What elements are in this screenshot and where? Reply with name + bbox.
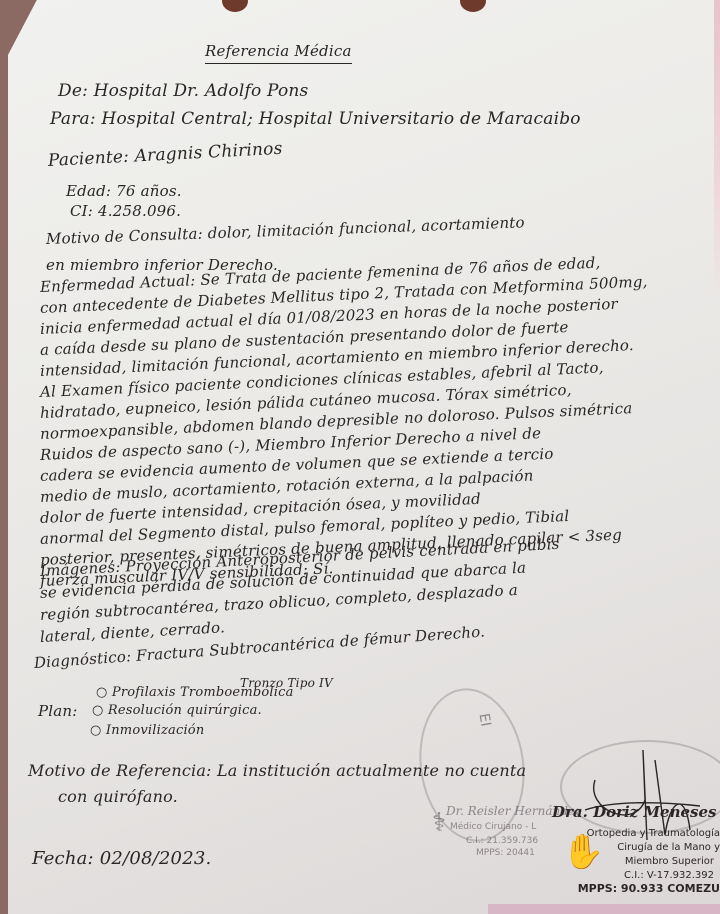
doctor1-title: Médico Cirujano - L xyxy=(450,822,536,832)
patient-label: Paciente: xyxy=(47,147,129,171)
caduceus-icon: ⚕ xyxy=(432,808,446,838)
to-value: Hospital Central; Hospital Universitario… xyxy=(101,109,580,129)
from-field: De: Hospital Dr. Adolfo Pons xyxy=(58,80,308,102)
background-fabric xyxy=(714,0,720,300)
id-value: 4.258.096. xyxy=(98,202,181,220)
doctor2-sub2: Miembro Superior xyxy=(625,856,714,867)
doctor1-mpps: MPPS: 20441 xyxy=(476,848,535,858)
date-field: Fecha: 02/08/2023. xyxy=(32,848,211,870)
referral-line1: La institución actualmente no cuenta xyxy=(217,761,526,780)
doctor1-ci: C.I.: 21.359.736 xyxy=(466,836,538,846)
to-label: Para: xyxy=(50,109,96,129)
plan-item-text: Profilaxis Tromboembólica xyxy=(112,685,294,700)
referral-line2: con quirófano. xyxy=(58,786,178,808)
date-label: Fecha: xyxy=(32,848,94,869)
referral-label: Motivo de Referencia: xyxy=(28,761,212,780)
age-value: 76 años. xyxy=(116,182,182,200)
age-field: Edad: 76 años. xyxy=(66,180,182,202)
plan-item: ○ Inmovilización xyxy=(90,720,204,742)
age-label: Edad: xyxy=(66,182,111,200)
id-field: CI: 4.258.096. xyxy=(70,200,181,222)
plan-item: ○ Resolución quirúrgica. xyxy=(92,700,262,722)
to-field: Para: Hospital Central; Hospital Univers… xyxy=(50,108,581,130)
doctor2-ci: C.I.: V-17.932.392 xyxy=(624,870,714,881)
plan-item-text: Inmovilización xyxy=(106,723,205,738)
date-value: 02/08/2023. xyxy=(100,848,212,869)
from-label: De: xyxy=(58,81,88,101)
doctor2-mpps: MPPS: 90.933 COMEZU xyxy=(578,882,720,895)
referral-reason: Motivo de Referencia: La institución act… xyxy=(28,760,526,782)
signature xyxy=(575,740,705,850)
id-label: CI: xyxy=(70,202,93,220)
from-value: Hospital Dr. Adolfo Pons xyxy=(94,81,309,101)
consult-label: Motivo de Consulta: xyxy=(46,225,203,248)
plan-item-text: Resolución quirúrgica. xyxy=(108,703,262,718)
round-stamp-letters: EI xyxy=(475,712,493,728)
document-title: Referencia Médica xyxy=(205,40,352,64)
plan-label: Plan: xyxy=(38,700,78,722)
background-fabric-bottom xyxy=(488,904,720,914)
images-label: Imágenes: xyxy=(40,558,126,580)
